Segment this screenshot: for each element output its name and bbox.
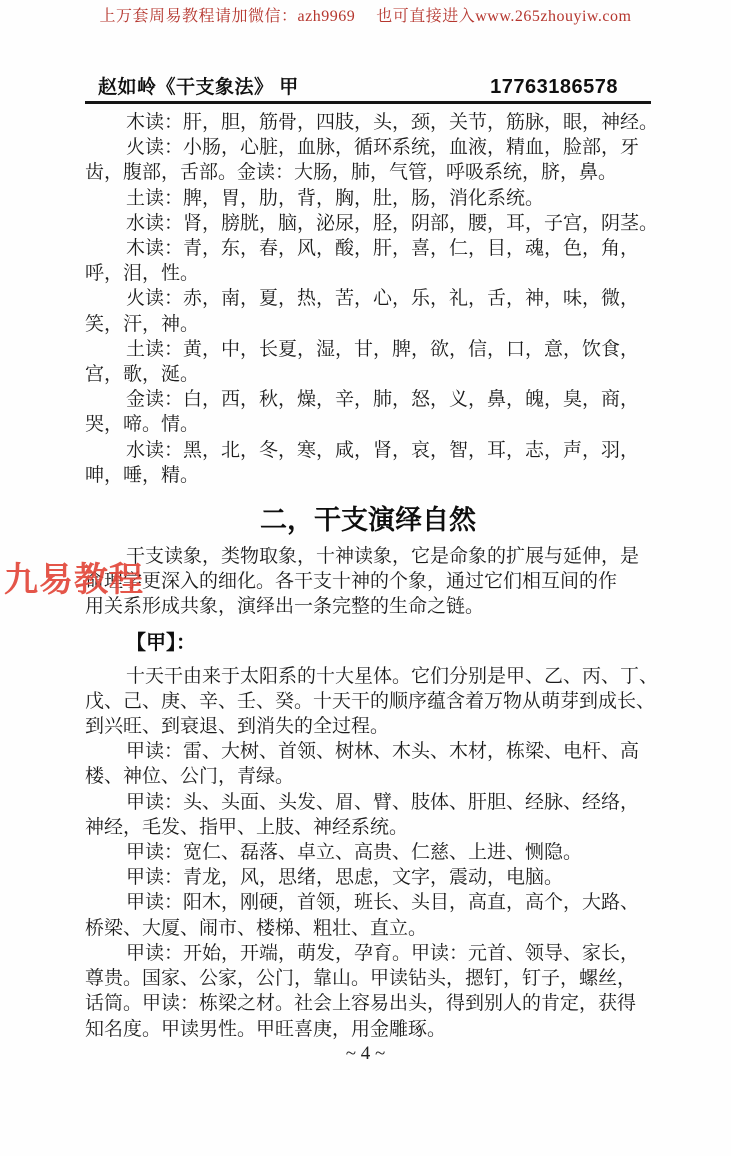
text-line: 干支读象，类物取象，十神读象，它是命象的扩展与延伸，是 [85, 544, 651, 569]
text-line: 用关系形成共象，演绎出一条完整的生命之链。 [85, 594, 651, 619]
text-line: 笑，汗，神。 [85, 312, 651, 337]
text-line: 水读：黑，北，冬，寒，咸，肾，哀，智，耳，志，声，羽， [85, 438, 651, 463]
watermark-jiuyi-jiaocheng: 九易教程 [4, 552, 144, 601]
scanned-page: 上万套周易教程请加微信：azh9969 也可直接进入www.265zhouyiw… [0, 0, 731, 1156]
phone-number: 17763186578 [490, 76, 618, 99]
page-number: ~ 4 ~ [0, 1043, 731, 1065]
text-line: 呻，唾，精。 [85, 463, 651, 488]
text-line: 火读：赤，南，夏，热，苦，心，乐，礼，舌，神，味，微， [85, 286, 651, 311]
text-line: 木读：肝，胆，筋骨，四肢，头，颈，关节，筋脉，眼，神经。 [85, 110, 651, 135]
text-line: 桥梁、大厦、闹市、楼梯、粗壮、直立。 [85, 916, 651, 941]
header-divider [85, 101, 651, 104]
jia-heading: 【甲】： [85, 630, 651, 656]
section-heading: 二，干支演绎自然 [85, 504, 651, 536]
text-line: 甲读：阳木，刚硬，首领，班长、头目，高直，高个，大路、 [85, 890, 651, 915]
top-ad-banner: 上万套周易教程请加微信：azh9969 也可直接进入www.265zhouyiw… [0, 3, 731, 26]
text-line: 楼、神位、公门，青绿。 [85, 764, 651, 789]
text-line: 火读：小肠，心脏，血脉，循环系统，血液，精血，脸部，牙 [85, 135, 651, 160]
text-line: 水读：肾，膀胱，脑，泌尿，胫，阴部，腰，耳，子宫，阴茎。 [85, 211, 651, 236]
text-line: 木读：青，东，春，风，酸，肝，喜，仁，目，魂，色，角， [85, 236, 651, 261]
text-line: 土读：脾，胃，肋，背，胸，肚，肠，消化系统。 [85, 186, 651, 211]
text-line: 命理学更深入的细化。各干支十神的个象，通过它们相互间的作 [85, 569, 651, 594]
text-line: 戊、己、庚、辛、壬、癸。十天干的顺序蕴含着万物从萌芽到成长、 [85, 689, 651, 714]
text-line: 甲读：雷、大树、首领、树林、木头、木材，栋梁、电杆、高 [85, 739, 651, 764]
text-line: 甲读：头、头面、头发、眉、臂、肢体、肝胆、经脉、经络， [85, 790, 651, 815]
text-line: 呼，泪，性。 [85, 261, 651, 286]
text-line: 到兴旺、到衰退、到消失的全过程。 [85, 714, 651, 739]
text-line: 土读：黄，中，长夏，湿，甘，脾，欲，信，口，意，饮食， [85, 337, 651, 362]
page-header: 赵如岭《干支象法》 甲 17763186578 [98, 72, 618, 99]
text-line: 十天干由来于太阳系的十大星体。它们分别是甲、乙、丙、丁、 [85, 664, 651, 689]
text-line: 甲读：青龙，风，思绪，思虑，文字，震动，电脑。 [85, 865, 651, 890]
text-line: 神经，毛发、指甲、上肢、神经系统。 [85, 815, 651, 840]
text-line: 齿，腹部，舌部。金读：大肠，肺，气管，呼吸系统，脐，鼻。 [85, 160, 651, 185]
text-line: 宫，歌，涎。 [85, 362, 651, 387]
section-intro-block: 干支读象，类物取象，十神读象，它是命象的扩展与延伸，是命理学更深入的细化。各干支… [85, 544, 651, 620]
text-line: 甲读：开始，开端，萌发，孕育。甲读：元首、领导、家长， [85, 941, 651, 966]
book-title: 赵如岭《干支象法》 甲 [98, 72, 299, 99]
jia-block: 十天干由来于太阳系的十大星体。它们分别是甲、乙、丙、丁、戊、己、庚、辛、壬、癸。… [85, 664, 651, 1042]
text-line: 金读：白，西，秋，燥，辛，肺，怒，义，鼻，魄，臭，商， [85, 387, 651, 412]
page-body: 木读：肝，胆，筋骨，四肢，头，颈，关节，筋脉，眼，神经。火读：小肠，心脏，血脉，… [85, 110, 651, 1042]
text-line: 尊贵。国家、公家，公门，靠山。甲读钻头，摁钉，钉子，螺丝， [85, 966, 651, 991]
five-elements-block: 木读：肝，胆，筋骨，四肢，头，颈，关节，筋脉，眼，神经。火读：小肠，心脏，血脉，… [85, 110, 651, 488]
text-line: 甲读：宽仁、磊落、卓立、高贵、仁慈、上进、恻隐。 [85, 840, 651, 865]
text-line: 知名度。甲读男性。甲旺喜庚，用金雕琢。 [85, 1017, 651, 1042]
text-line: 话筒。甲读：栋梁之材。社会上容易出头，得到别人的肯定，获得 [85, 991, 651, 1016]
text-line: 哭，啼。情。 [85, 412, 651, 437]
